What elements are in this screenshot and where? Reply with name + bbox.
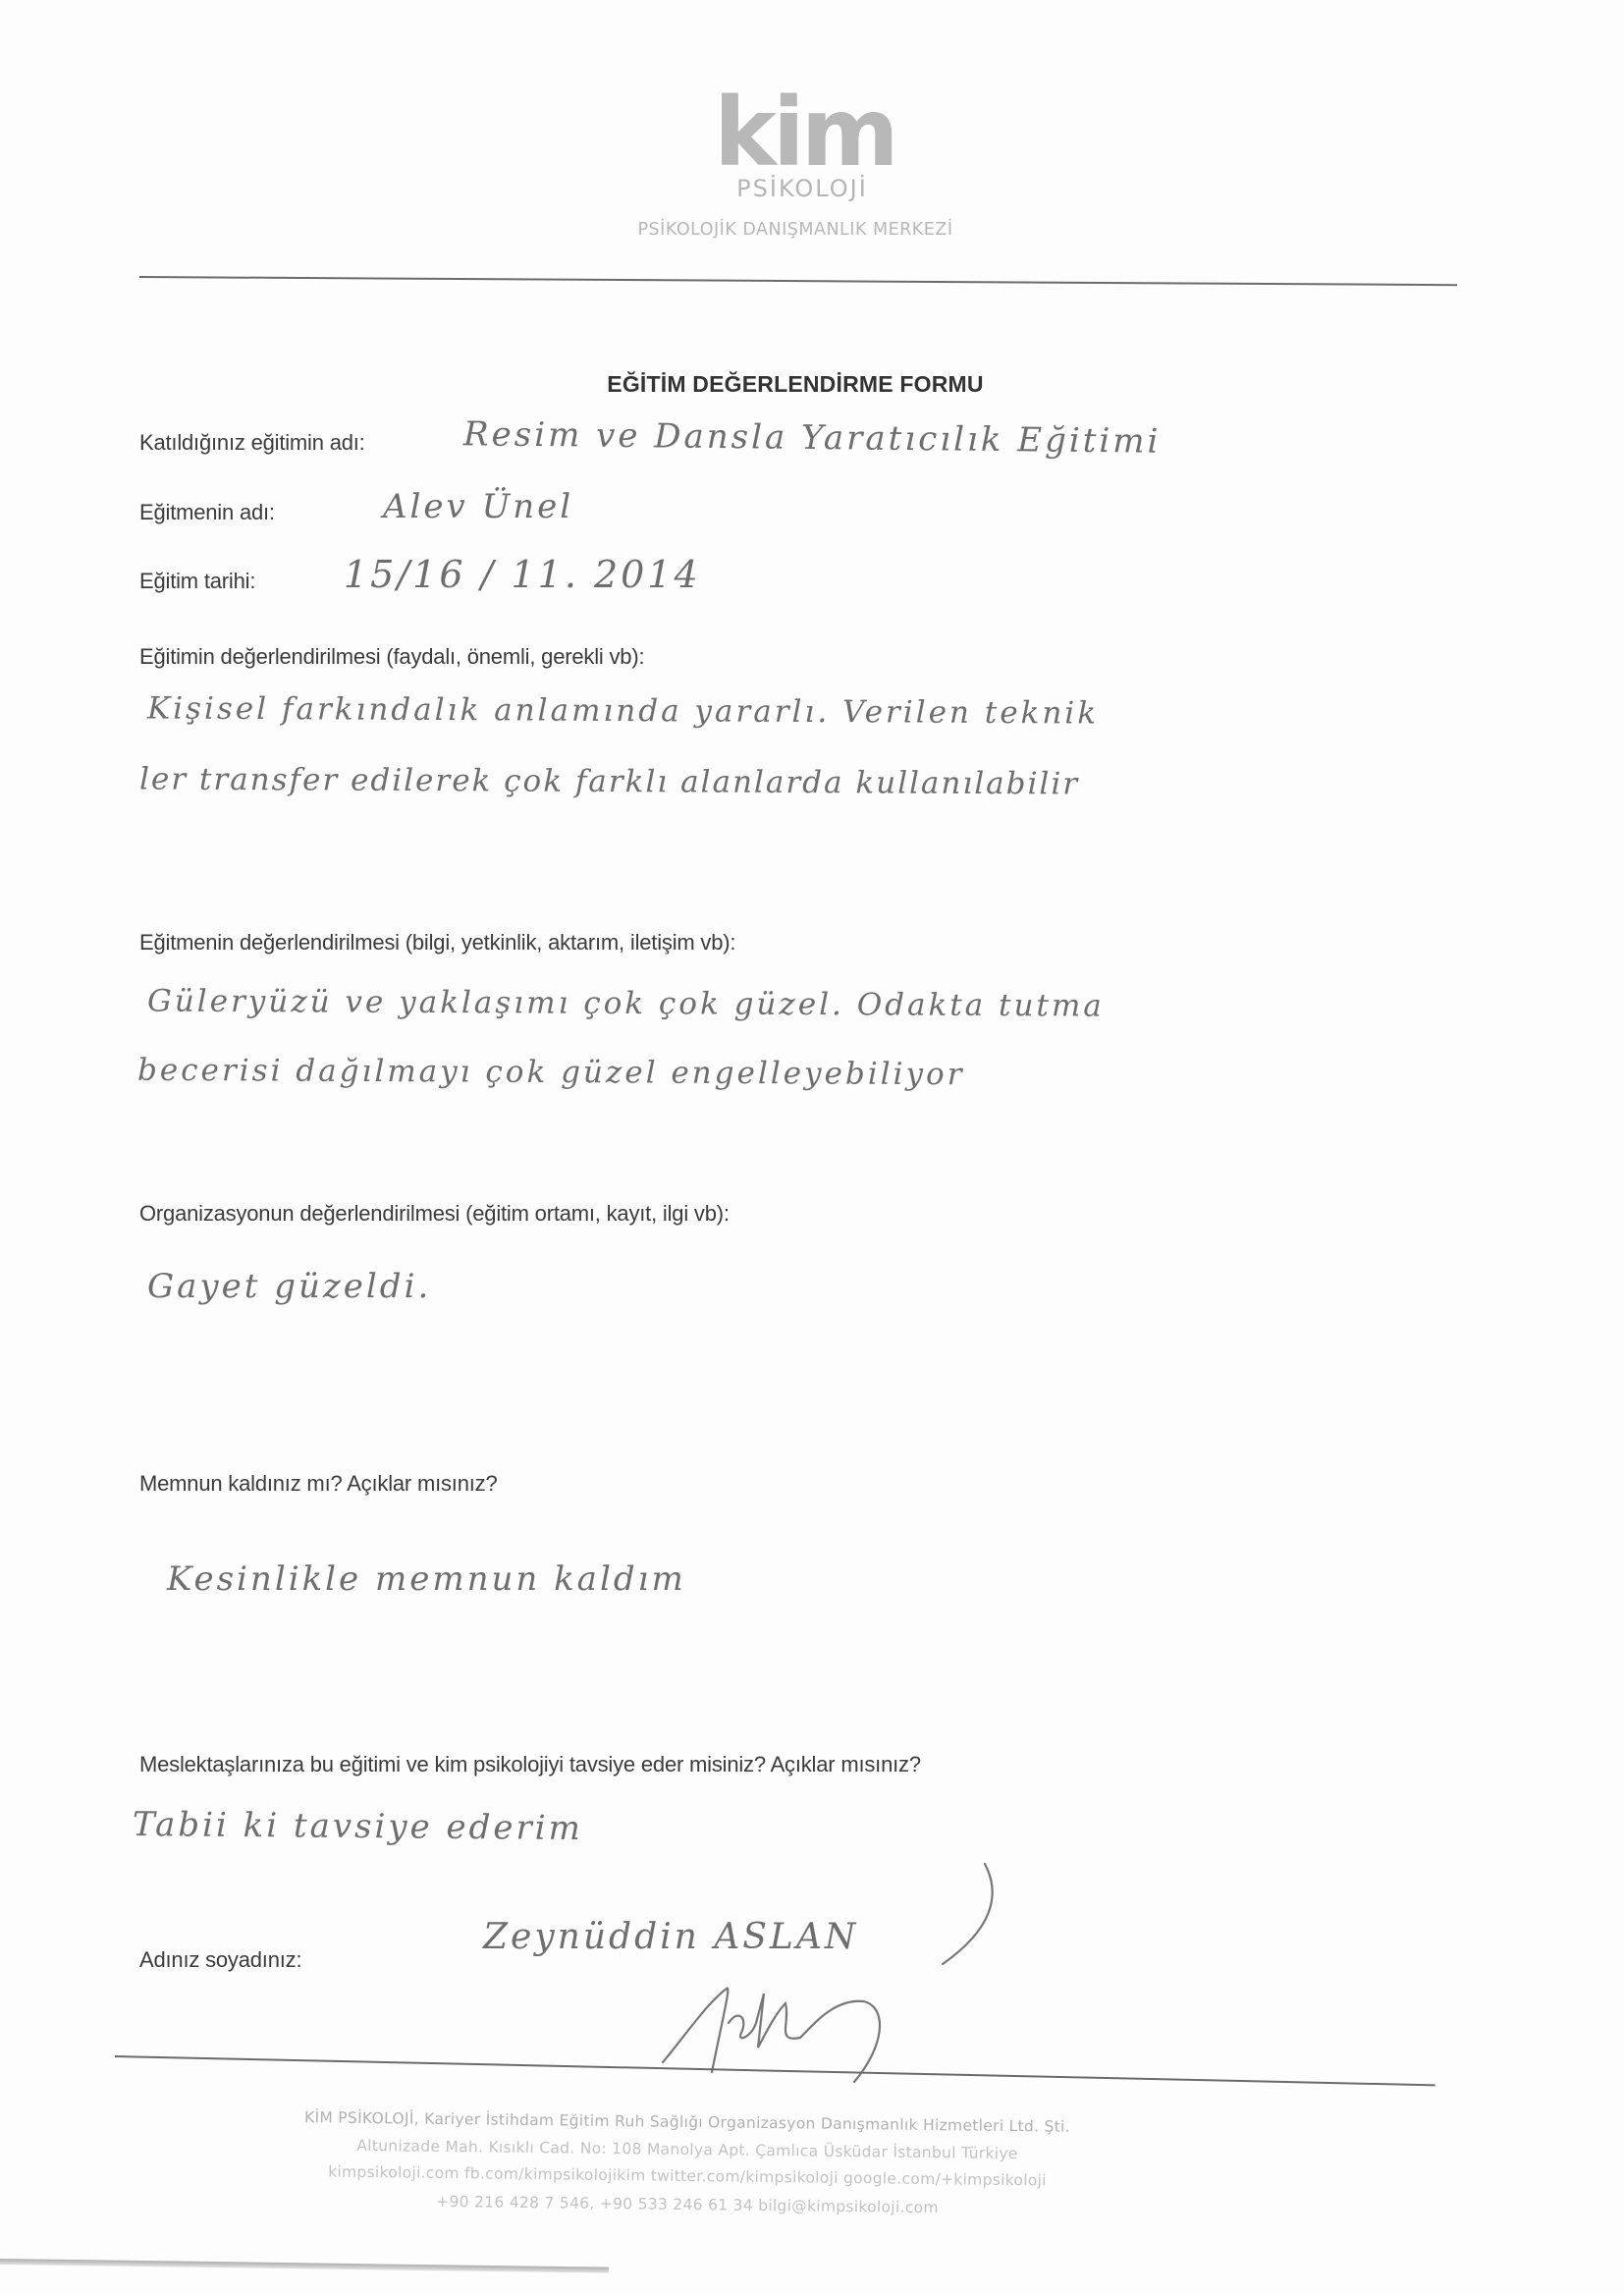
signature [0, 0, 1624, 2295]
